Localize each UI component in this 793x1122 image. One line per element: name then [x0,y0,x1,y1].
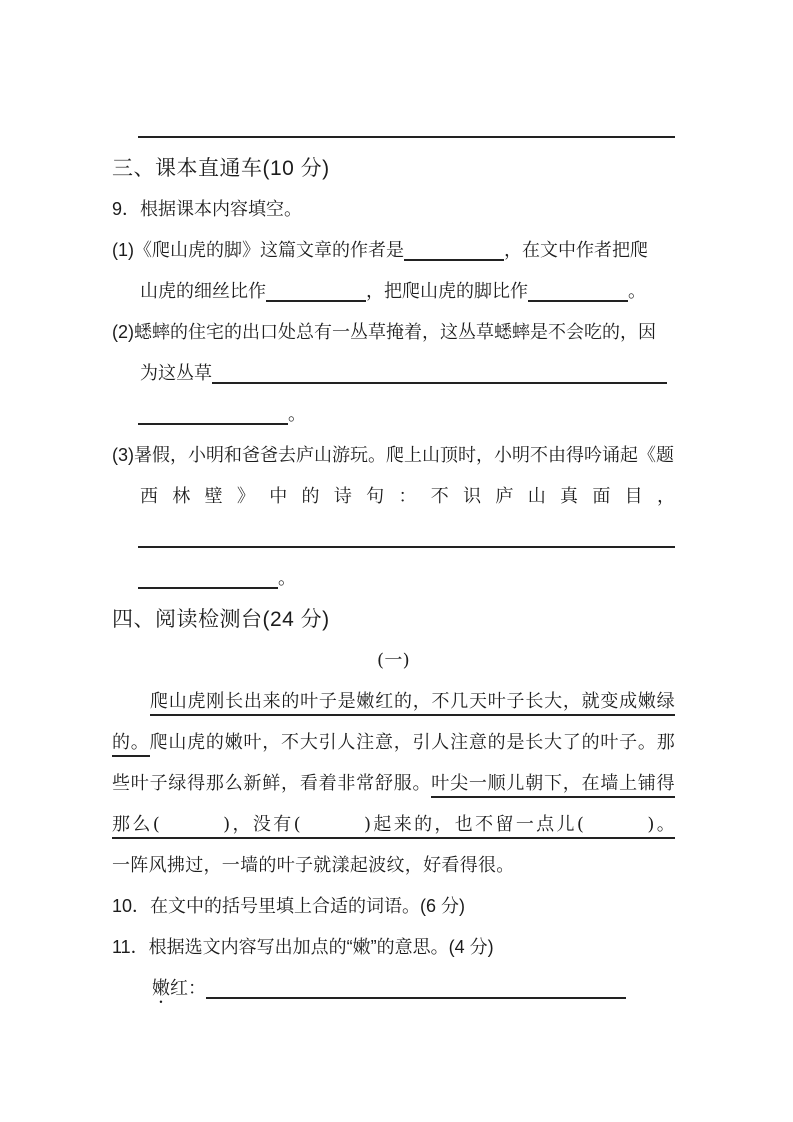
q9-item1-text: 山虎的细丝比作 [140,281,266,301]
fill-blank [212,358,667,384]
q9-item3-line1: (3)暑假，小明和爸爸去庐山游玩。爬上山顶时，小明不由得吟诵起《题 [112,435,675,476]
question11-stem: 11．根据选文内容写出加点的“嫩”的意思。(4 分) [112,927,675,968]
q9-item2-text: 。 [288,404,306,424]
q9-item1-text: ，在文中作者把爬 [504,240,648,260]
q9-item3-text: 。 [278,568,296,588]
answer-blank-line [138,522,675,548]
fill-blank [138,563,278,589]
fill-blank [206,973,626,999]
q9-item1-line2: 山虎的细丝比作，把爬山虎的脚比作。 [112,271,675,312]
fill-blank [138,399,288,425]
passage-text: 些叶子绿得那么新鲜，看着非常舒服。 [112,773,431,794]
question9-stem: 9．根据课本内容填空。 [112,189,675,230]
passage-line1: 爬山虎刚长出来的叶子是嫩红的，不几天叶子长大，就变成嫩绿 [112,681,675,722]
q9-item1-text: 。 [628,281,646,301]
passage-line3: 些叶子绿得那么新鲜，看着非常舒服。叶尖一顺儿朝下，在墙上铺得 [112,763,675,804]
fill-blank [528,276,628,302]
q9-item3-line2: 西林壁》中的诗句：不识庐山真面目， [112,476,675,517]
answer-line-top [112,107,675,148]
section4-heading: 四、阅读检测台(24 分) [112,599,675,640]
section3-heading: 三、课本直通车(10 分) [112,148,675,189]
fill-blank [266,276,366,302]
underlined-sentence: 那么( )，没有( )起来的，也不留一点儿( )。 [112,814,675,839]
underlined-sentence: 的。 [112,732,150,757]
dotted-char: 嫩 [152,968,170,1009]
test-paper-page: 三、课本直通车(10 分) 9．根据课本内容填空。 (1)《爬山虎的脚》这篇文章… [112,107,675,1009]
q9-item1-text: (1)《爬山虎的脚》这篇文章的作者是 [112,240,404,260]
fill-blank [404,235,504,261]
question10-stem: 10．在文中的括号里填上合适的词语。(6 分) [112,886,675,927]
q9-item2-line1: (2)蟋蟀的住宅的出口处总有一丛草掩着，这丛草蟋蟀是不会吃的，因 [112,312,675,353]
q9-item1-line1: (1)《爬山虎的脚》这篇文章的作者是，在文中作者把爬 [112,230,675,271]
passage-line2: 的。爬山虎的嫩叶，不大引人注意，引人注意的是长大了的叶子。那 [112,722,675,763]
underlined-sentence: 爬山虎刚长出来的叶子是嫩红的，不几天叶子长大，就变成嫩绿 [150,691,675,716]
underlined-sentence: 叶尖一顺儿朝下，在墙上铺得 [431,773,675,798]
passage-line5: 一阵风拂过，一墙的叶子就漾起波纹，好看得很。 [112,845,675,886]
q9-item3-line4: 。 [112,558,675,599]
q9-item3-line3 [112,517,675,558]
q9-item1-text: ，把爬山虎的脚比作 [366,281,528,301]
passage-title: (一) [112,640,675,681]
q11-answer-line: 嫩红： [112,968,675,1009]
q9-item2-text: 为这丛草 [140,363,212,383]
passage-line4: 那么( )，没有( )起来的，也不留一点儿( )。 [112,804,675,845]
q9-item2-line3: 。 [112,394,675,435]
passage-text: 爬山虎的嫩叶，不大引人注意，引人注意的是长大了的叶子。那 [150,732,675,753]
q11-answer-label: 红： [170,978,206,998]
answer-blank-line [138,112,675,138]
q9-item2-line2: 为这丛草 [112,353,675,394]
